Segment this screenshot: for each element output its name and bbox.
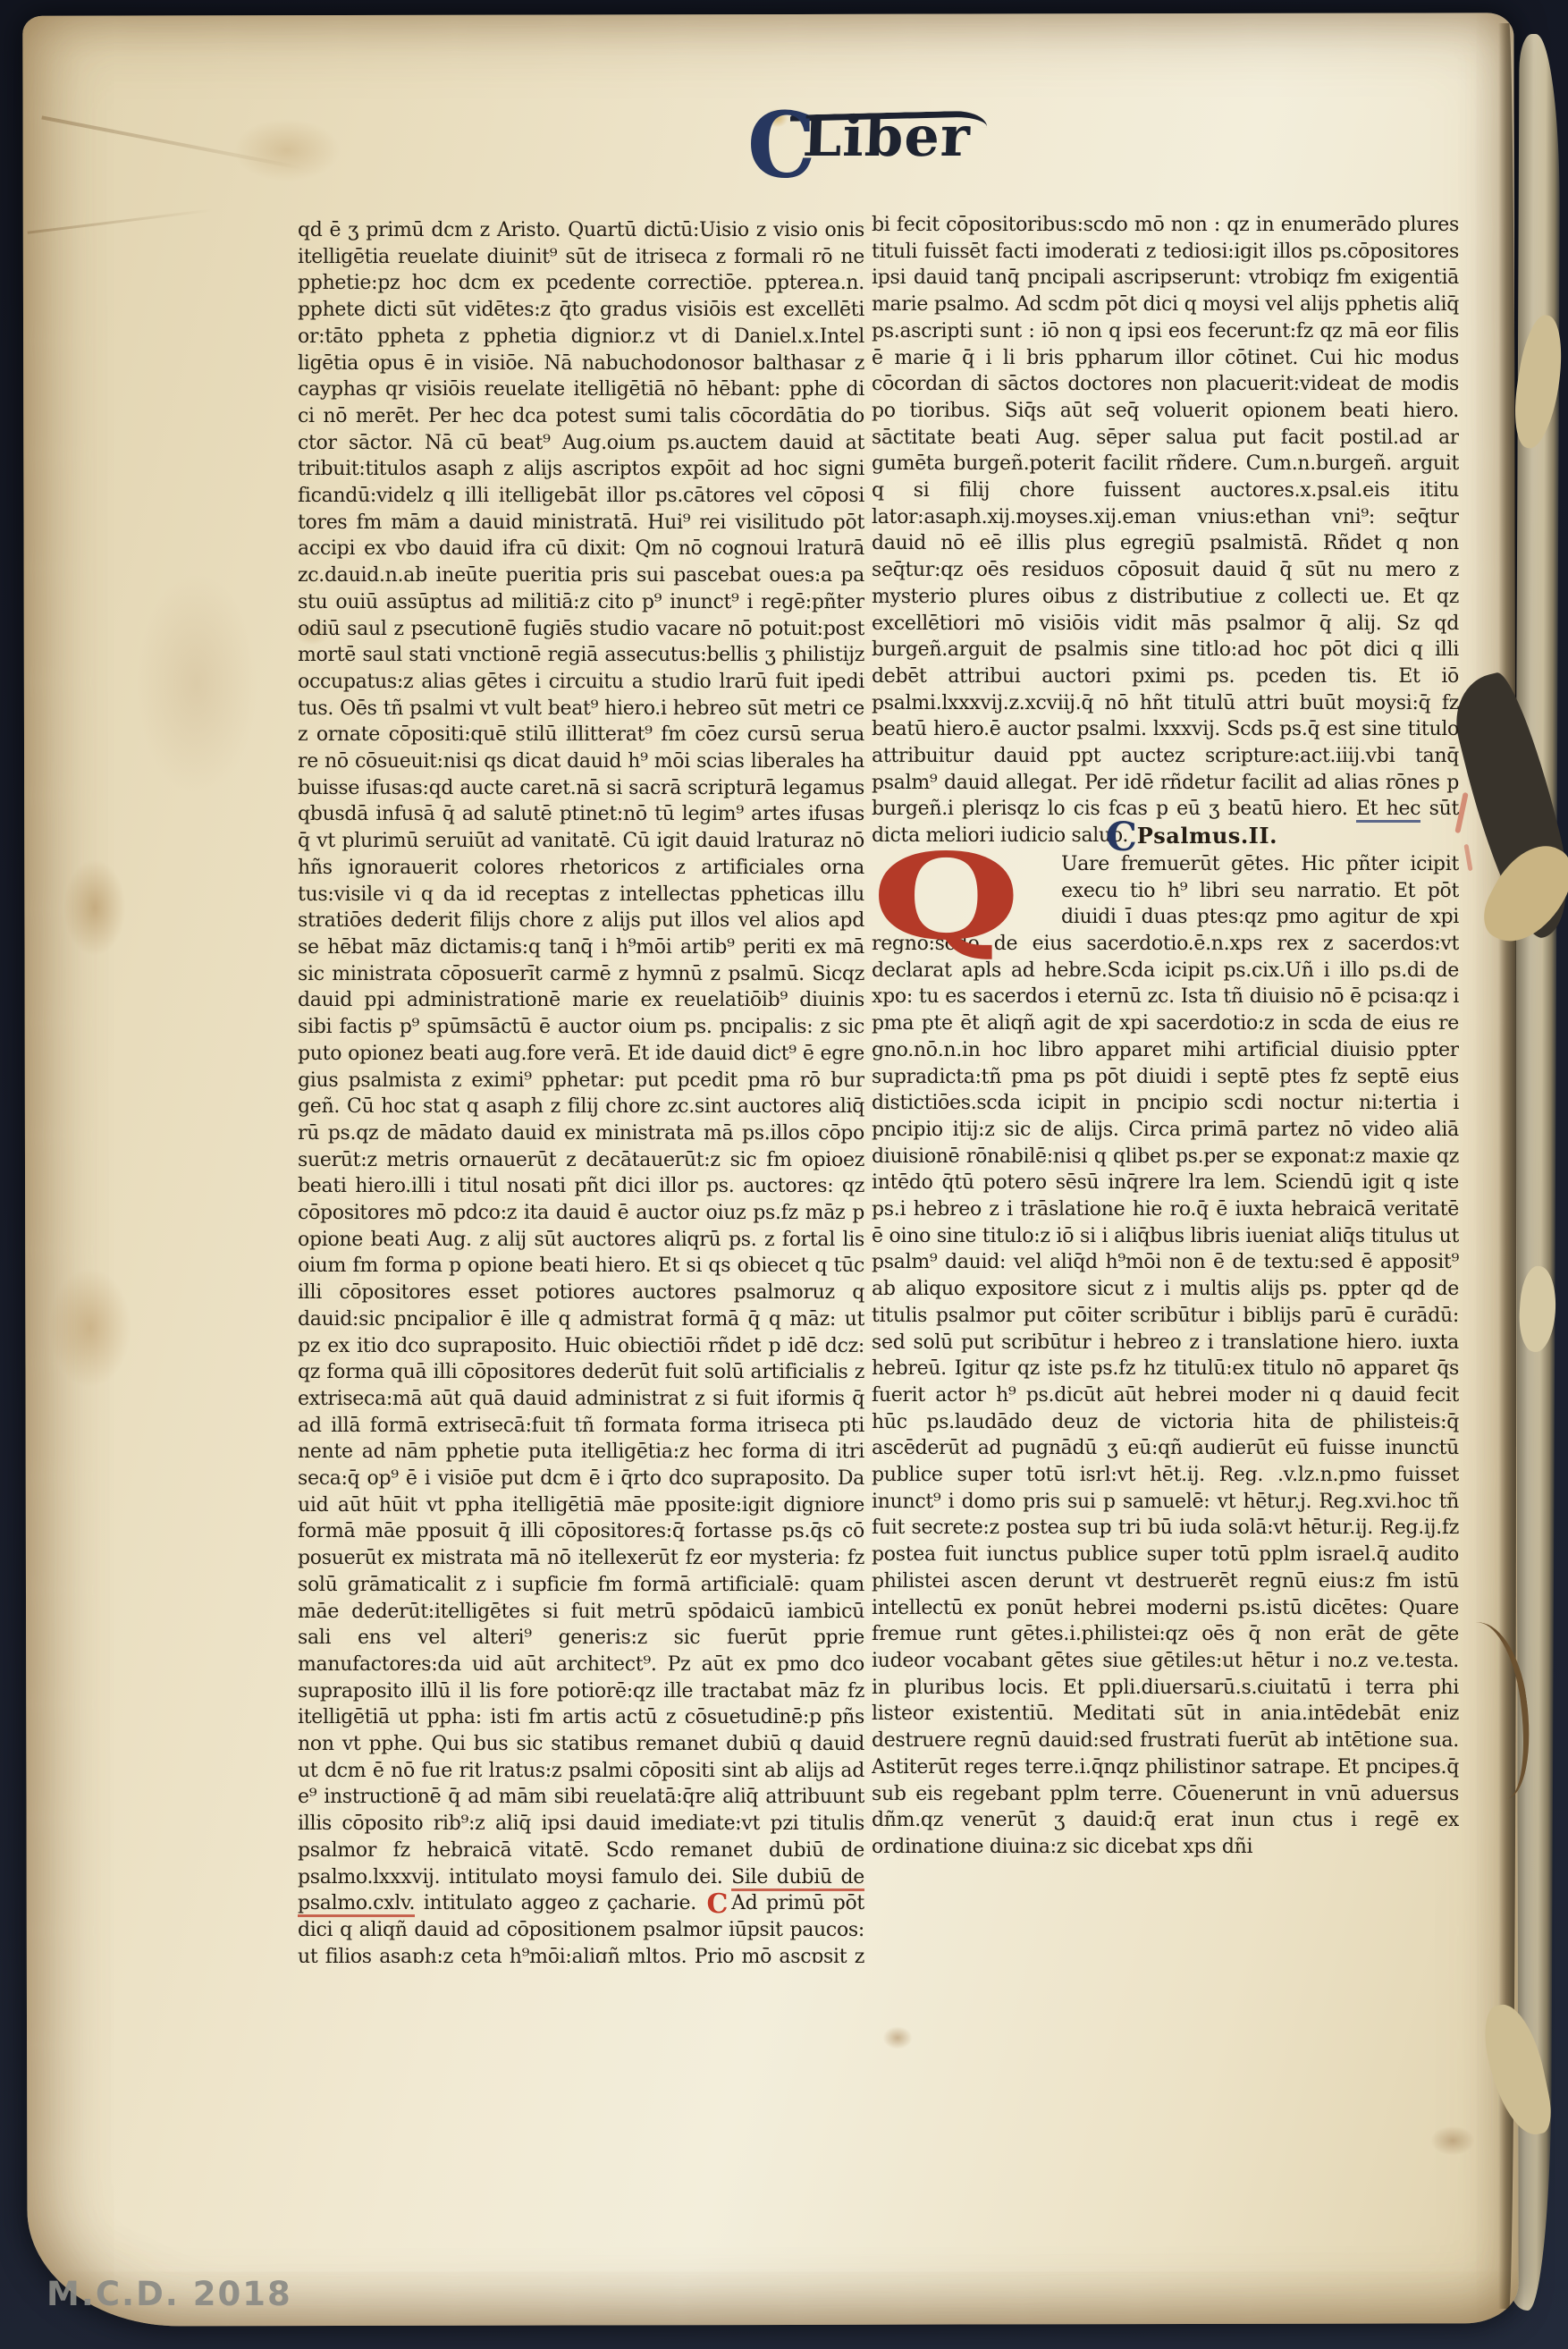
psalm-commentary: QUare fremuerūt gētes. Hic pñter icipit … <box>872 851 1459 1861</box>
page-title: Liber <box>802 106 972 168</box>
text-column-left: qd ē ʒ primū dcm z Aristo. Quartū dictū:… <box>298 217 864 1963</box>
psalm-heading: CPsalmus.II. <box>1106 823 1459 851</box>
torn-paper-tab <box>1508 312 1568 451</box>
left-body-text: qd ē ʒ primū dcm z Aristo. Quartū dictū:… <box>298 219 864 1888</box>
ink-underlined-phrase: Et hec <box>1356 798 1420 823</box>
watermark-label: M.C.D. 2018 <box>46 2275 292 2313</box>
binding-crease-shadow <box>1498 23 1516 2309</box>
commentary-text: Uare fremuerūt gētes. Hic pñter icipit e… <box>872 853 1459 1858</box>
red-paraph-mark: C <box>705 1888 732 1920</box>
right-column-text: bi fecit cōpositoribus:scdo mō non : qz … <box>872 212 1459 849</box>
running-title: CLiber <box>747 106 971 191</box>
right-body-text: bi fecit cōpositoribus:scdo mō non : qz … <box>872 214 1459 820</box>
text-column-right: bi fecit cōpositoribus:scdo mō non : qz … <box>872 212 1459 1961</box>
scanned-book-photo: CLiber qd ē ʒ primū dcm z Aristo. Quartū… <box>0 0 1568 2349</box>
left-column-text: qd ē ʒ primū dcm z Aristo. Quartū dictū:… <box>298 217 864 1963</box>
initial-letter: Q <box>872 851 1020 944</box>
red-initial-Q: Q <box>872 851 1061 930</box>
psalm-heading-label: Psalmus.II. <box>1137 823 1277 849</box>
left-text-continued: intitulato aggeo z çacharie. <box>424 1892 696 1914</box>
